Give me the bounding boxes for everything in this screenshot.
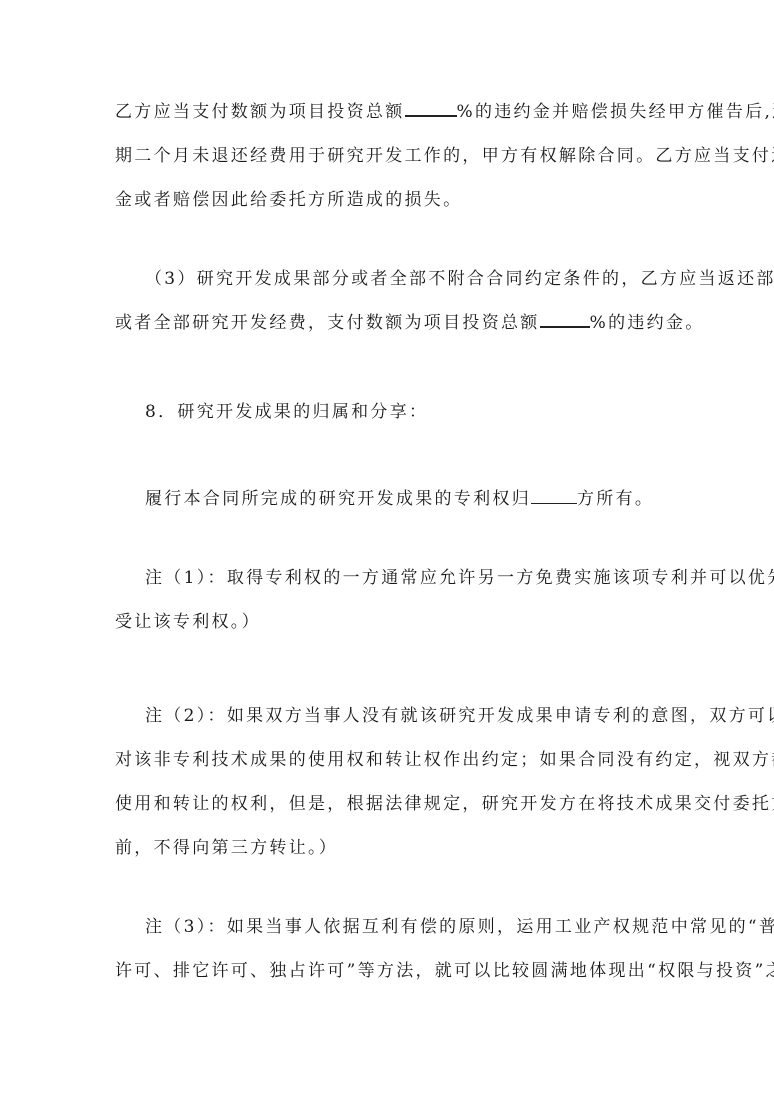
paragraph-2-line-2: 或者全部研究开发经费，支付数额为项目投资总额%的违约金。: [115, 312, 705, 334]
note-1-line-1: 注（1）：取得专利权的一方通常应允许另一方免费实施该项专利并可以优先: [145, 567, 774, 589]
note-2-line-2: 对该非专利技术成果的使用权和转让权作出约定；如果合同没有约定，视双方都有: [115, 749, 774, 771]
paragraph-1-line-3: 金或者赔偿因此给委托方所造成的损失。: [115, 189, 462, 211]
paragraph-1-line-2: 期二个月未退还经费用于研究开发工作的，甲方有权解除合同。乙方应当支付违约: [115, 145, 774, 167]
text-segment: 或者全部研究开发经费，支付数额为项目投资总额: [115, 313, 540, 333]
note-2-line-1: 注（2）：如果双方当事人没有就该研究开发成果申请专利的意图，双方可以: [145, 705, 774, 727]
fill-in-blank: [405, 101, 457, 117]
note-1-line-2: 受让该专利权。）: [115, 611, 261, 633]
paragraph-2-line-1: （3）研究开发成果部分或者全部不附合合同约定条件的，乙方应当返还部分: [145, 268, 774, 290]
patent-ownership-line: 履行本合同所完成的研究开发成果的专利权归方所有。: [145, 488, 654, 510]
text-segment: 履行本合同所完成的研究开发成果的专利权归: [145, 489, 531, 509]
note-3-line-2: 许可、排它许可、独占许可”等方法，就可以比较圆满地体现出“权限与投资”之间的: [115, 960, 774, 982]
section-heading-8: 8．研究开发成果的归属和分享：: [145, 401, 428, 423]
fill-in-blank: [531, 489, 577, 504]
note-2-line-3: 使用和转让的权利，但是，根据法律规定，研究开发方在将技术成果交付委托方之: [115, 793, 774, 815]
note-3-line-1: 注（3）：如果当事人依据互利有偿的原则，运用工业产权规范中常见的“普通: [145, 916, 774, 938]
text-segment: %的违约金。: [590, 313, 705, 333]
fill-in-blank: [540, 312, 590, 328]
text-segment: 乙方应当支付数额为项目投资总额: [115, 102, 405, 122]
paragraph-1-line-1: 乙方应当支付数额为项目投资总额%的违约金并赔偿损失经甲方催告后,逾: [115, 101, 774, 123]
text-segment: %的违约金并赔偿损失经甲方催告后,逾: [457, 102, 774, 122]
text-segment: 方所有。: [577, 489, 654, 509]
note-2-line-4: 前，不得向第三方转让。）: [115, 837, 338, 859]
